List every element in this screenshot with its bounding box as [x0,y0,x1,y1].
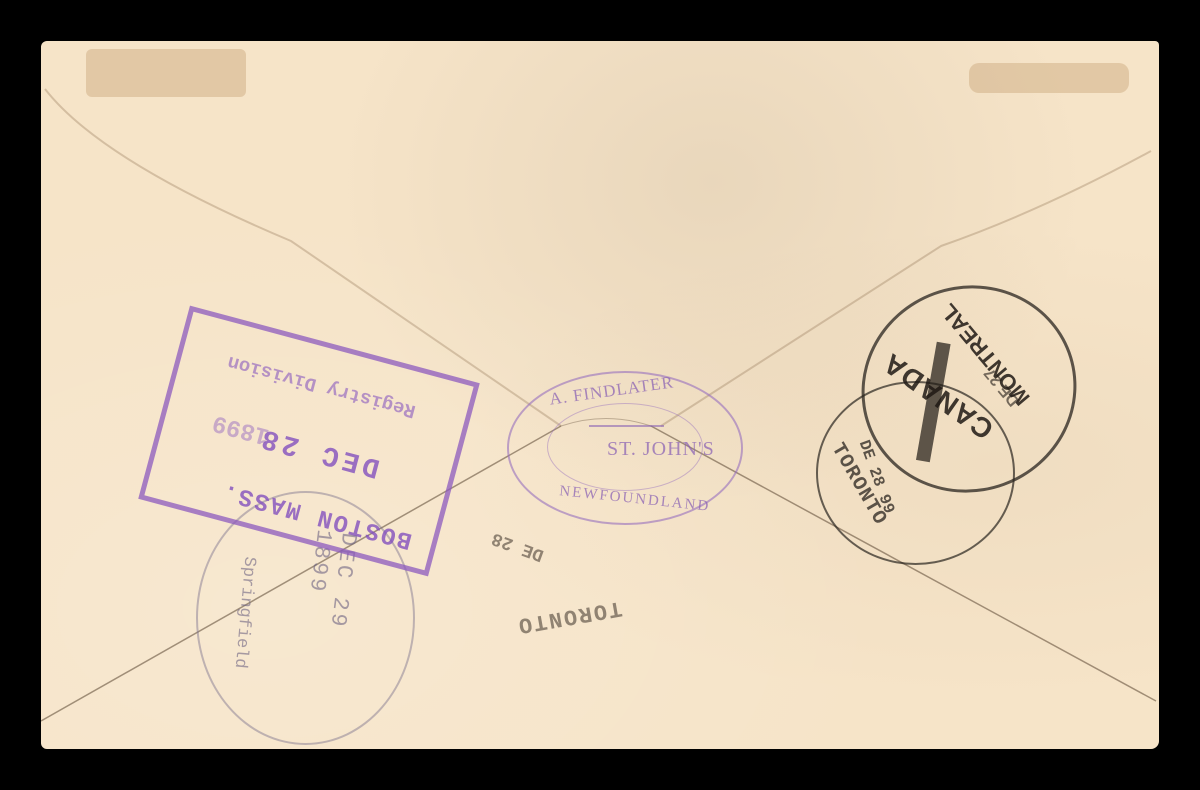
boston-date: DEC 28 [255,420,384,482]
toronto-faint-postmark: TORONTO DE 28 [476,496,656,666]
toronto-faint-city: TORONTO [515,595,624,638]
envelope-back: Springfield DEC 29 1899 BOSTON MASS. DEC… [41,41,1159,749]
boston-division: Registry Division [225,351,418,422]
toronto-faint-date: DE 28 [489,527,547,564]
findlater-city: ST. JOHN'S [607,438,715,461]
springfield-city: Springfield [230,556,259,669]
boston-year: 1899 [210,408,273,449]
oval-bar [589,425,664,427]
